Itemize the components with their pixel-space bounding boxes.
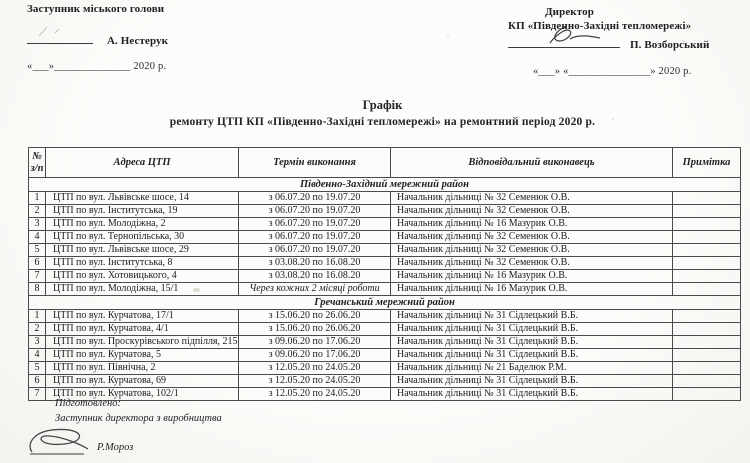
executor-cell: Начальник дільниці № 31 Сідлецький В.Б. — [391, 375, 673, 388]
row-number-cell: 2 — [29, 205, 46, 218]
table-row: 1ЦТП по вул. Курчатова, 17/1з 15.06.20 п… — [29, 310, 741, 323]
approver-block: Заступник міського голови А. Нестерук «_… — [27, 3, 168, 72]
note-cell — [673, 205, 741, 218]
section-name: Гречанський мережний район — [29, 296, 741, 310]
col-header-executor: Відповідальний виконавець — [391, 148, 673, 178]
table-row: 4ЦТП по вул. Курчатова, 5з 09.06.20 по 1… — [29, 349, 741, 362]
director-block: Директор КП «Південно-Західні тепломереж… — [508, 6, 743, 77]
approver-signature-name: А. Нестерук — [107, 35, 168, 47]
director-date-line: «___» «_______________» 2020 р. — [533, 66, 743, 77]
executor-cell: Начальник дільниці № 32 Семенюк О.В. — [391, 257, 673, 270]
address-cell: ЦТП по вул. Львівське шосе, 29 — [46, 244, 239, 257]
table-row: 5ЦТП по вул. Львівське шосе, 29з 06.07.2… — [29, 244, 741, 257]
scan-speck — [682, 40, 685, 42]
scan-speck — [612, 118, 614, 120]
address-cell: ЦТП по вул. Молодіжна, 15/1 — [46, 283, 239, 296]
note-cell — [673, 231, 741, 244]
row-number-cell: 3 — [29, 336, 46, 349]
executor-cell: Начальник дільниці № 32 Семенюк О.В. — [391, 231, 673, 244]
note-cell — [673, 336, 741, 349]
term-cell: з 12.05.20 по 24.05.20 — [239, 362, 391, 375]
address-cell: ЦТП по вул. Інститутська, 8 — [46, 257, 239, 270]
table-row: 6ЦТП по вул. Курчатова, 69з 12.05.20 по … — [29, 375, 741, 388]
executor-cell: Начальник дільниці № 31 Сідлецький В.Б. — [391, 349, 673, 362]
address-cell: ЦТП по вул. Тернопільська, 30 — [46, 231, 239, 244]
term-cell: з 12.05.20 по 24.05.20 — [239, 388, 391, 401]
term-cell: з 06.07.20 по 19.07.20 — [239, 192, 391, 205]
table-row: 2ЦТП по вул. Курчатова, 4/1з 15.06.20 по… — [29, 323, 741, 336]
col-header-address: Адреса ЦТП — [46, 148, 239, 178]
term-cell: з 06.07.20 по 19.07.20 — [239, 205, 391, 218]
note-cell — [673, 362, 741, 375]
term-cell: з 09.06.20 по 17.06.20 — [239, 336, 391, 349]
prepared-block: Підготовлено: Заступник директора з виро… — [55, 398, 222, 424]
row-number-cell: 5 — [29, 244, 46, 257]
executor-cell: Начальник дільниці № 21 Баделюк Р.М. — [391, 362, 673, 375]
address-cell: ЦТП по вул. Курчатова, 4/1 — [46, 323, 239, 336]
address-cell: ЦТП по вул. Курчатова, 69 — [46, 375, 239, 388]
term-cell: з 06.07.20 по 19.07.20 — [239, 231, 391, 244]
col-header-term: Термін виконання — [239, 148, 391, 178]
table-header-row: № з/п Адреса ЦТП Термін виконання Відпов… — [29, 148, 741, 178]
prepared-by-role: Заступник директора з виробництва — [55, 413, 222, 424]
prepared-label: Підготовлено: — [55, 398, 222, 409]
term-cell: Через кожних 2 місяці роботи — [239, 283, 391, 296]
note-cell — [673, 310, 741, 323]
row-number-cell: 2 — [29, 323, 46, 336]
note-cell — [673, 388, 741, 401]
faint-pencil-mark — [35, 24, 63, 38]
table-row: 8ЦТП по вул. Молодіжна, 15/1Через кожних… — [29, 283, 741, 296]
term-cell: з 12.05.20 по 24.05.20 — [239, 375, 391, 388]
table-row: 6ЦТП по вул. Інститутська, 8з 03.08.20 п… — [29, 257, 741, 270]
executor-cell: Начальник дільниці № 32 Семенюк О.В. — [391, 192, 673, 205]
executor-cell: Начальник дільниці № 32 Семенюк О.В. — [391, 205, 673, 218]
row-number-cell: 4 — [29, 231, 46, 244]
note-cell — [673, 244, 741, 257]
term-cell: з 15.06.20 по 26.06.20 — [239, 323, 391, 336]
term-cell: з 03.08.20 по 16.08.20 — [239, 257, 391, 270]
section-header-row: Південно-Західний мережний район — [29, 178, 741, 192]
note-cell — [673, 192, 741, 205]
schedule-table-body: Південно-Західний мережний район1ЦТП по … — [29, 178, 741, 401]
executor-cell: Начальник дільниці № 16 Мазурик О.В. — [391, 283, 673, 296]
row-number-cell: 6 — [29, 375, 46, 388]
note-cell — [673, 349, 741, 362]
executor-cell: Начальник дільниці № 31 Сідлецький В.Б. — [391, 388, 673, 401]
term-cell: з 06.07.20 по 19.07.20 — [239, 218, 391, 231]
approver-role: Заступник міського голови — [27, 3, 168, 15]
address-cell: ЦТП по вул. Курчатова, 5 — [46, 349, 239, 362]
term-cell: з 03.08.20 по 16.08.20 — [239, 270, 391, 283]
repair-schedule-table: № з/п Адреса ЦТП Термін виконання Відпов… — [28, 147, 741, 401]
term-cell: з 06.07.20 по 19.07.20 — [239, 244, 391, 257]
executor-cell: Начальник дільниці № 16 Мазурик О.В. — [391, 270, 673, 283]
row-number-cell: 1 — [29, 310, 46, 323]
section-name: Південно-Західний мережний район — [29, 178, 741, 192]
director-role: Директор — [545, 6, 743, 18]
table-row: 1ЦТП по вул. Львівське шосе, 14з 06.07.2… — [29, 192, 741, 205]
scan-smudge — [193, 288, 200, 292]
row-number-cell: 8 — [29, 283, 46, 296]
col-header-number: № з/п — [29, 148, 46, 178]
executor-cell: Начальник дільниці № 16 Мазурик О.В. — [391, 218, 673, 231]
row-number-cell: 4 — [29, 349, 46, 362]
note-cell — [673, 218, 741, 231]
address-cell: ЦТП по вул. Хотовицького, 4 — [46, 270, 239, 283]
executor-cell: Начальник дільниці № 31 Сідлецький В.Б. — [391, 323, 673, 336]
row-number-cell: 7 — [29, 388, 46, 401]
document-title: Графік — [15, 98, 750, 113]
note-cell — [673, 270, 741, 283]
preparer-signature-scribble — [24, 426, 104, 458]
executor-cell: Начальник дільниці № 31 Сідлецький В.Б. — [391, 336, 673, 349]
scan-speck — [447, 34, 449, 36]
note-cell — [673, 375, 741, 388]
address-cell: ЦТП по вул. Північна, 2 — [46, 362, 239, 375]
schedule-table-wrap: № з/п Адреса ЦТП Термін виконання Відпов… — [28, 147, 741, 401]
address-cell: ЦТП по вул. Молодіжна, 2 — [46, 218, 239, 231]
table-row: 4ЦТП по вул. Тернопільська, 30з 06.07.20… — [29, 231, 741, 244]
term-cell: з 09.06.20 по 17.06.20 — [239, 349, 391, 362]
director-signature-name: П. Возборський — [630, 39, 709, 51]
table-row: 3ЦТП по вул. Молодіжна, 2з 06.07.20 по 1… — [29, 218, 741, 231]
row-number-cell: 6 — [29, 257, 46, 270]
approver-date-line: «___»______________ 2020 р. — [27, 61, 168, 72]
document-title-block: Графік ремонту ЦТП КП «Південно-Західні … — [15, 98, 750, 128]
col-header-note: Примітка — [673, 148, 741, 178]
table-row: 3ЦТП по вул. Проскурівського підпілля, 2… — [29, 336, 741, 349]
address-cell: ЦТП по вул. Курчатова, 17/1 — [46, 310, 239, 323]
table-row: 7ЦТП по вул. Хотовицького, 4з 03.08.20 п… — [29, 270, 741, 283]
row-number-cell: 7 — [29, 270, 46, 283]
row-number-cell: 3 — [29, 218, 46, 231]
preparer-signature-name: Р.Мороз — [97, 442, 133, 453]
note-cell — [673, 283, 741, 296]
address-cell: ЦТП по вул. Проскурівського підпілля, 21… — [46, 336, 239, 349]
note-cell — [673, 257, 741, 270]
director-signature-scribble — [540, 23, 606, 49]
section-header-row: Гречанський мережний район — [29, 296, 741, 310]
table-row: 2ЦТП по вул. Інститутська, 19з 06.07.20 … — [29, 205, 741, 218]
executor-cell: Начальник дільниці № 31 Сідлецький В.Б. — [391, 310, 673, 323]
note-cell — [673, 323, 741, 336]
table-row: 5ЦТП по вул. Північна, 2з 12.05.20 по 24… — [29, 362, 741, 375]
address-cell: ЦТП по вул. Львівське шосе, 14 — [46, 192, 239, 205]
document-subtitle: ремонту ЦТП КП «Південно-Західні тепломе… — [15, 116, 750, 128]
row-number-cell: 1 — [29, 192, 46, 205]
executor-cell: Начальник дільниці № 32 Семенюк О.В. — [391, 244, 673, 257]
term-cell: з 15.06.20 по 26.06.20 — [239, 310, 391, 323]
row-number-cell: 5 — [29, 362, 46, 375]
address-cell: ЦТП по вул. Інститутська, 19 — [46, 205, 239, 218]
scanned-document-page: { "page": { "paper_color": "#fbfbf9", "i… — [0, 0, 750, 463]
